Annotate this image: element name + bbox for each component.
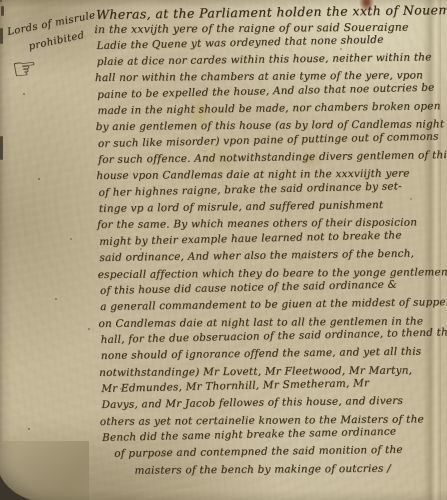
manicule-icon: ☞ xyxy=(10,51,38,86)
manuscript-page: Lords of misrule prohibited ☞ Wheras, at… xyxy=(0,0,447,500)
manuscript-text: Wheras, at the Parliament holden the xxt… xyxy=(96,2,447,481)
edge-notch xyxy=(0,136,3,160)
foxing-specks xyxy=(0,0,2,2)
page-corner xyxy=(0,441,89,500)
edge-notch xyxy=(1,6,4,16)
manuscript-line: maisters of the bench by makinge of outc… xyxy=(100,462,447,481)
